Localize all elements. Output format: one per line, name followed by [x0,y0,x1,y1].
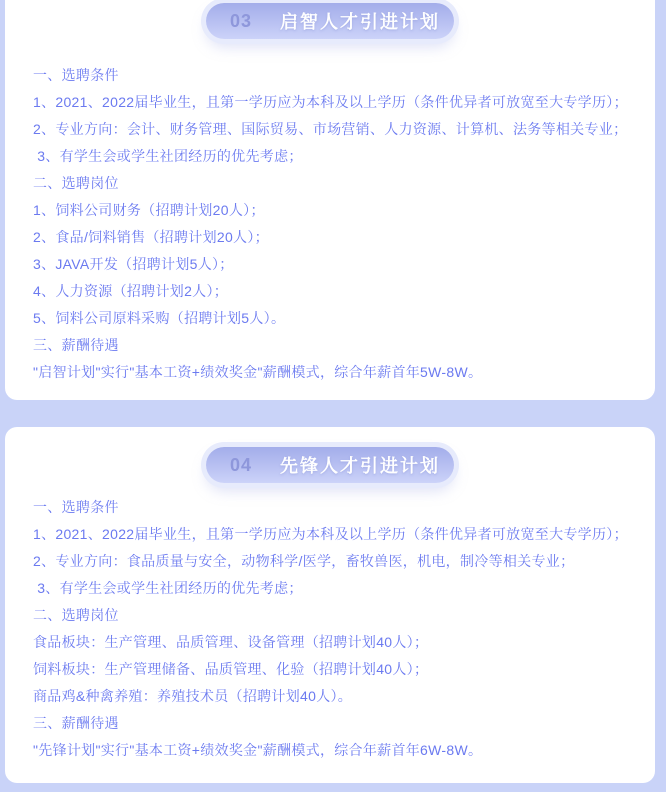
text-line: 食品板块：生产管理、品质管理、设备管理（招聘计划40人）； [33,629,641,656]
section-body-xianfeng: 一、选聘条件 1、2021、2022届毕业生，且第一学历应为本科及以上学历（条件… [5,494,655,764]
text-line: 2、专业方向：食品质量与安全，动物科学/医学，畜牧兽医，机电，制冷等相关专业； [33,548,641,575]
section-body-qizhi: 一、选聘条件 1、2021、2022届毕业生，且第一学历应为本科及以上学历（条件… [5,62,655,386]
section-number-04: 04 [230,455,252,476]
text-line: 1、2021、2022届毕业生，且第一学历应为本科及以上学历（条件优异者可放宽至… [33,89,641,116]
section-title-xianfeng: 先锋人才引进计划 [280,452,440,478]
plan-card-qizhi: 03 启智人才引进计划 一、选聘条件 1、2021、2022届毕业生，且第一学历… [5,0,655,400]
text-line: 3、有学生会或学生社团经历的优先考虑； [33,143,641,170]
section-header-badge-04: 04 先锋人才引进计划 [206,447,454,483]
text-line: 饲料板块：生产管理储备、品质管理、化验（招聘计划40人）； [33,656,641,683]
text-line: 一、选聘条件 [33,494,641,521]
section-title-qizhi: 启智人才引进计划 [280,8,440,34]
text-line: 1、2021、2022届毕业生，且第一学历应为本科及以上学历（条件优异者可放宽至… [33,521,641,548]
text-line: 4、人力资源（招聘计划2人）； [33,278,641,305]
text-line: 2、专业方向：会计、财务管理、国际贸易、市场营销、人力资源、计算机、法务等相关专… [33,116,641,143]
plan-card-xianfeng: 04 先锋人才引进计划 一、选聘条件 1、2021、2022届毕业生，且第一学历… [5,427,655,783]
text-line: 商品鸡&种禽养殖：养殖技术员（招聘计划40人）。 [33,683,641,710]
section-header-badge-03: 03 启智人才引进计划 [206,3,454,39]
text-line: 3、JAVA开发（招聘计划5人）； [33,251,641,278]
text-line: 一、选聘条件 [33,62,641,89]
text-line: 5、饲料公司原料采购（招聘计划5人）。 [33,305,641,332]
text-line: "先锋计划"实行"基本工资+绩效奖金"薪酬模式，综合年薪首年6W-8W。 [33,737,641,764]
text-line: 三、薪酬待遇 [33,710,641,737]
text-line: 2、食品/饲料销售（招聘计划20人）； [33,224,641,251]
text-line: "启智计划"实行"基本工资+绩效奖金"薪酬模式，综合年薪首年5W-8W。 [33,359,641,386]
text-line: 二、选聘岗位 [33,170,641,197]
text-line: 3、有学生会或学生社团经历的优先考虑； [33,575,641,602]
text-line: 二、选聘岗位 [33,602,641,629]
text-line: 1、饲料公司财务（招聘计划20人）； [33,197,641,224]
section-number-03: 03 [230,11,252,32]
text-line: 三、薪酬待遇 [33,332,641,359]
